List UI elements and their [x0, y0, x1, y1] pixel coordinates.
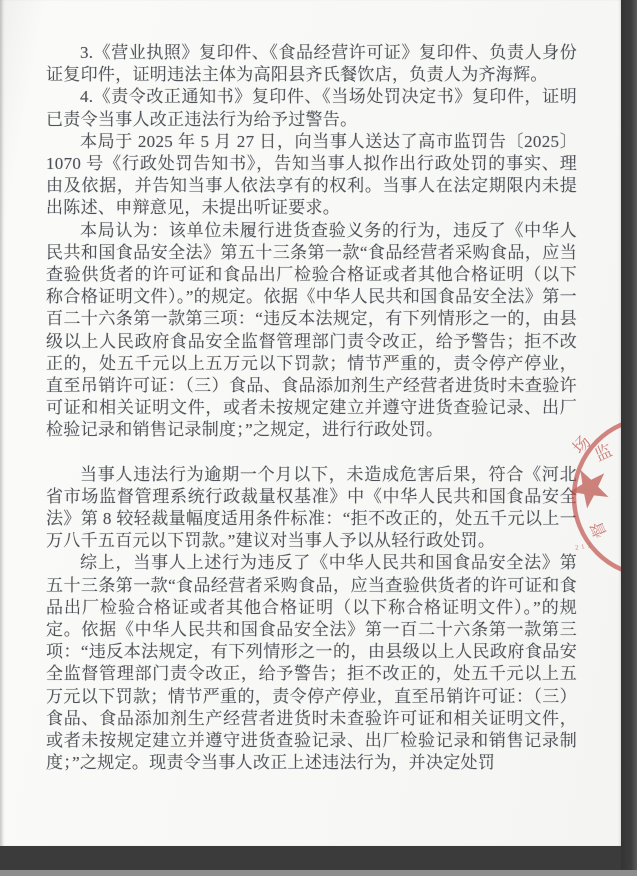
seal-char-top: 场: [569, 432, 594, 457]
paragraph-conclusion: 综上，当事人上述行为违反了《中华人民共和国食品安全法》第五十三条第一款“食品经营…: [46, 552, 577, 774]
seal-serial-number: 215: [575, 542, 595, 552]
paragraph-finding: 本局认为：该单位未履行进货查验义务的行为，违反了《中华人民共和国食品安全法》第五…: [46, 220, 577, 442]
paragraph-evidence-item-3: 3.《营业执照》复印件、《食品经营许可证》复印件、负责人身份证复印件，证明违法主…: [46, 42, 577, 86]
document-paper: 3.《营业执照》复印件、《食品经营许可证》复印件、负责人身份证复印件，证明违法主…: [0, 0, 621, 846]
scanned-page: 3.《营业执照》复印件、《食品经营许可证》复印件、负责人身份证复印件，证明违法主…: [0, 0, 637, 876]
paragraph-evidence-item-4: 4.《责令改正通知书》复印件、《当场处罚决定书》复印件，证明已责令当事人改正违法…: [46, 86, 577, 130]
scan-edge-strip: [0, 870, 637, 876]
official-seal-stamp-partial: 场 监 督 215: [565, 415, 621, 590]
paragraph-discretion-standard: 当事人违法行为逾期一个月以下，未造成危害后果，符合《河北省市场监督管理系统行政裁…: [46, 464, 577, 553]
scan-border-bottom: [0, 846, 621, 870]
scan-border-right: [621, 0, 637, 876]
seal-char-bottom: 督: [587, 519, 610, 541]
document-body: 3.《营业执照》复印件、《食品经营许可证》复印件、负责人身份证复印件，证明违法主…: [46, 42, 577, 775]
paragraph-notification: 本局于 2025 年 5 月 27 日，向当事人送达了高市监罚告〔2025〕10…: [46, 131, 577, 220]
